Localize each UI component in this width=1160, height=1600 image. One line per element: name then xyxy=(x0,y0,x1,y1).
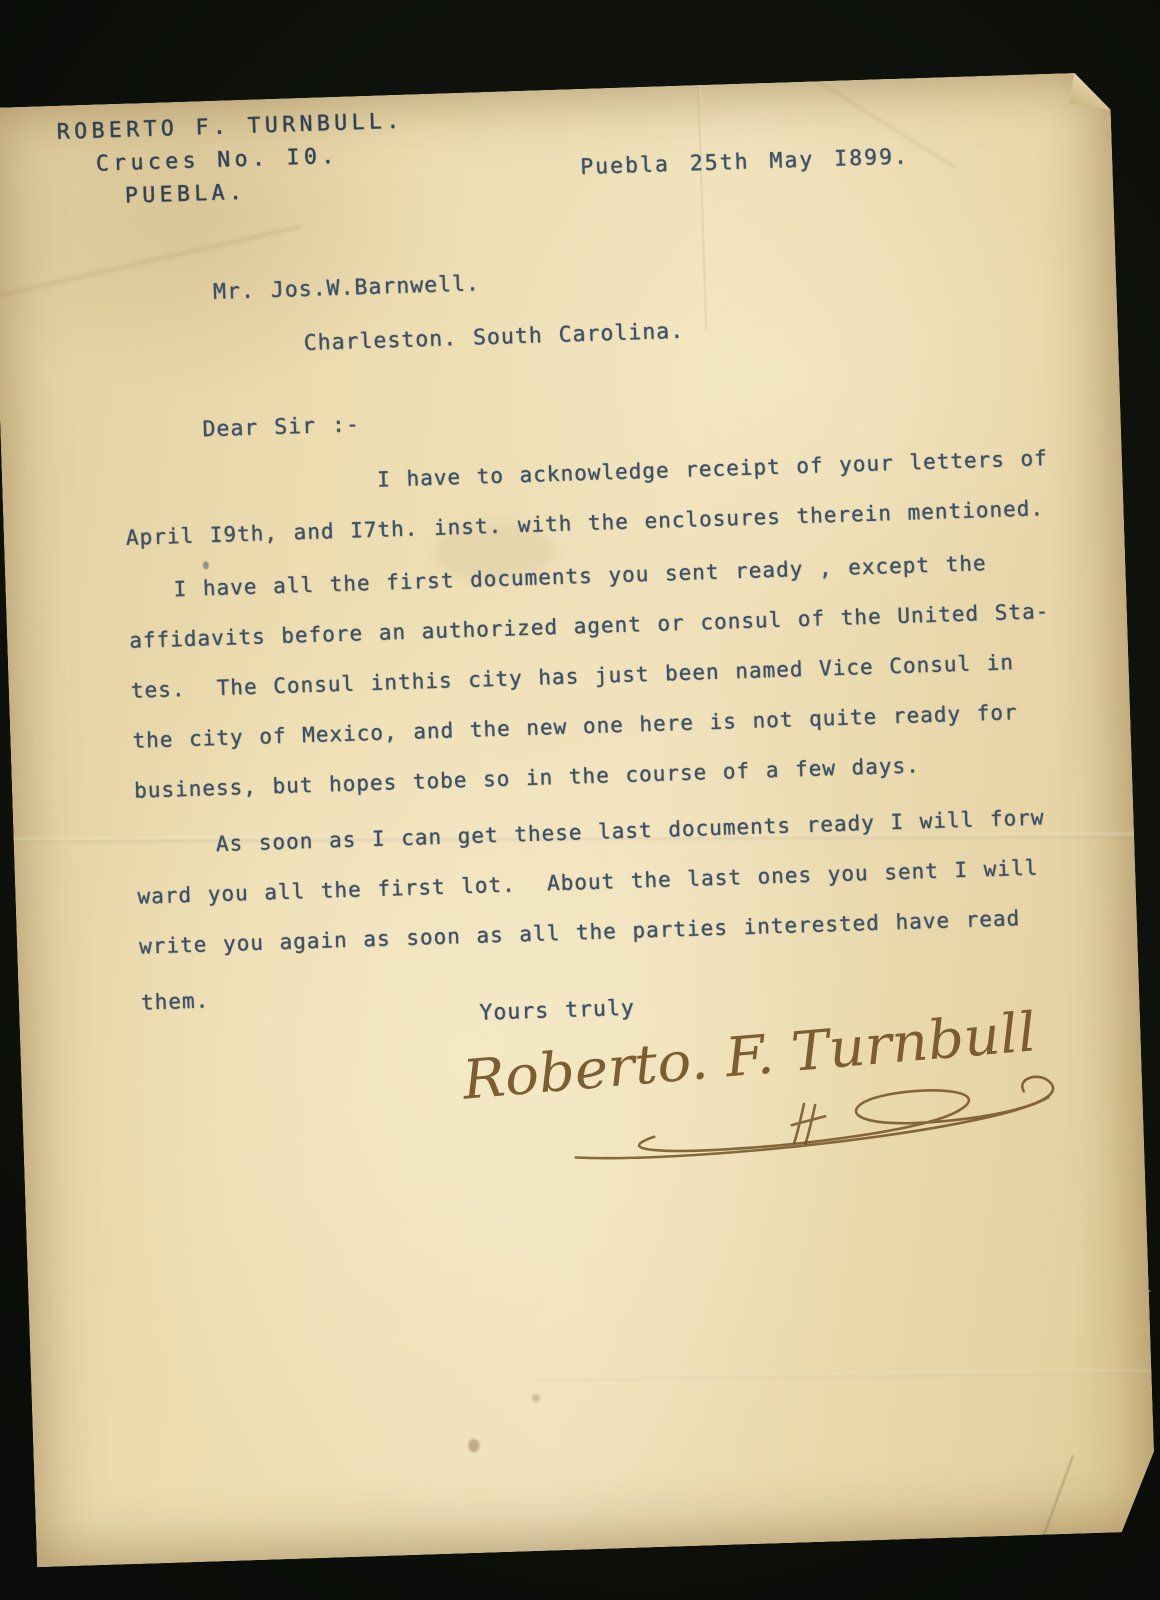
signature-name: Roberto. F. Turnbull xyxy=(459,1000,1038,1111)
signature: Roberto. F. Turnbull xyxy=(447,990,1072,1175)
stain-mark xyxy=(468,1439,479,1452)
stain-mark xyxy=(532,1394,540,1402)
salutation: Dear Sir :- xyxy=(202,412,360,442)
crease-line xyxy=(535,1370,1151,1381)
corner-fold xyxy=(1064,72,1110,115)
letter-paper: ROBERTO F. TURNBULL. Cruces No. I0. PUEB… xyxy=(0,72,1157,1567)
scan-background: ROBERTO F. TURNBULL. Cruces No. I0. PUEB… xyxy=(0,0,1160,1600)
recipient-name: Mr. Jos.W.Barnwell. xyxy=(213,271,481,305)
recipient-city: Charleston. South Carolina. xyxy=(303,319,684,356)
letter-body: I have to acknowledge receipt of your le… xyxy=(124,433,1082,1028)
dateline: Puebla 25th May I899. xyxy=(580,144,909,180)
crease-line xyxy=(698,85,709,330)
corner-crease xyxy=(1041,1455,1075,1542)
letterhead: ROBERTO F. TURNBULL. Cruces No. I0. PUEB… xyxy=(56,105,406,215)
signature-paraph xyxy=(790,1102,827,1145)
